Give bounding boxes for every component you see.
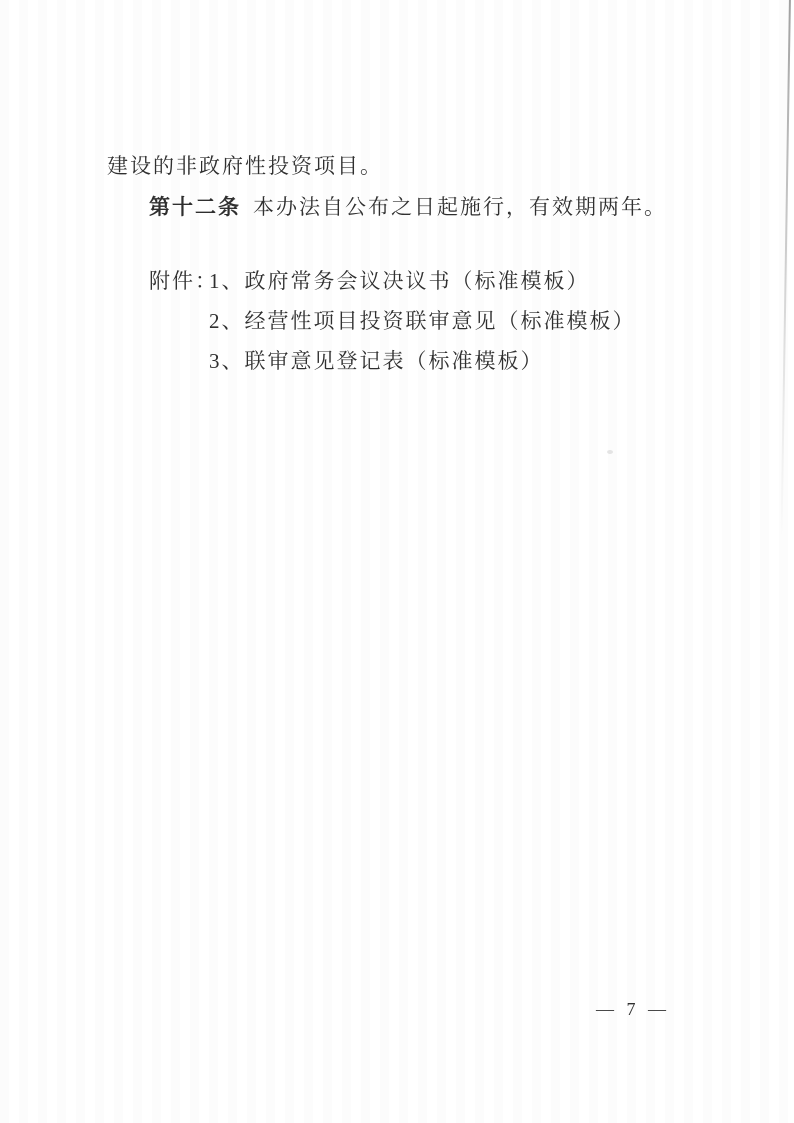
attachment-item-2: 2、经营性项目投资联审意见（标准模板） (209, 309, 636, 333)
article-12-text: 本办法自公布之日起施行，有效期两年。 (253, 195, 667, 219)
scan-speck-artifact (607, 450, 613, 454)
attachment-item-3: 3、联审意见登记表（标准模板） (209, 349, 544, 373)
attachment-item-1: 1、政府常务会议决议书（标准模板） (209, 269, 590, 293)
page-number: — 7 — (593, 999, 673, 1020)
attachments-label: 附件： (149, 269, 218, 293)
article-12-number: 第十二条 (149, 195, 241, 219)
paragraph-continuation-text: 建设的非政府性投资项目。 (107, 154, 383, 178)
article-12-line: 第十二条本办法自公布之日起施行，有效期两年。 (149, 195, 667, 219)
scan-edge-line-artifact (780, 0, 791, 539)
scanned-document-page: 建设的非政府性投资项目。 第十二条本办法自公布之日起施行，有效期两年。 附件： … (0, 0, 794, 1123)
